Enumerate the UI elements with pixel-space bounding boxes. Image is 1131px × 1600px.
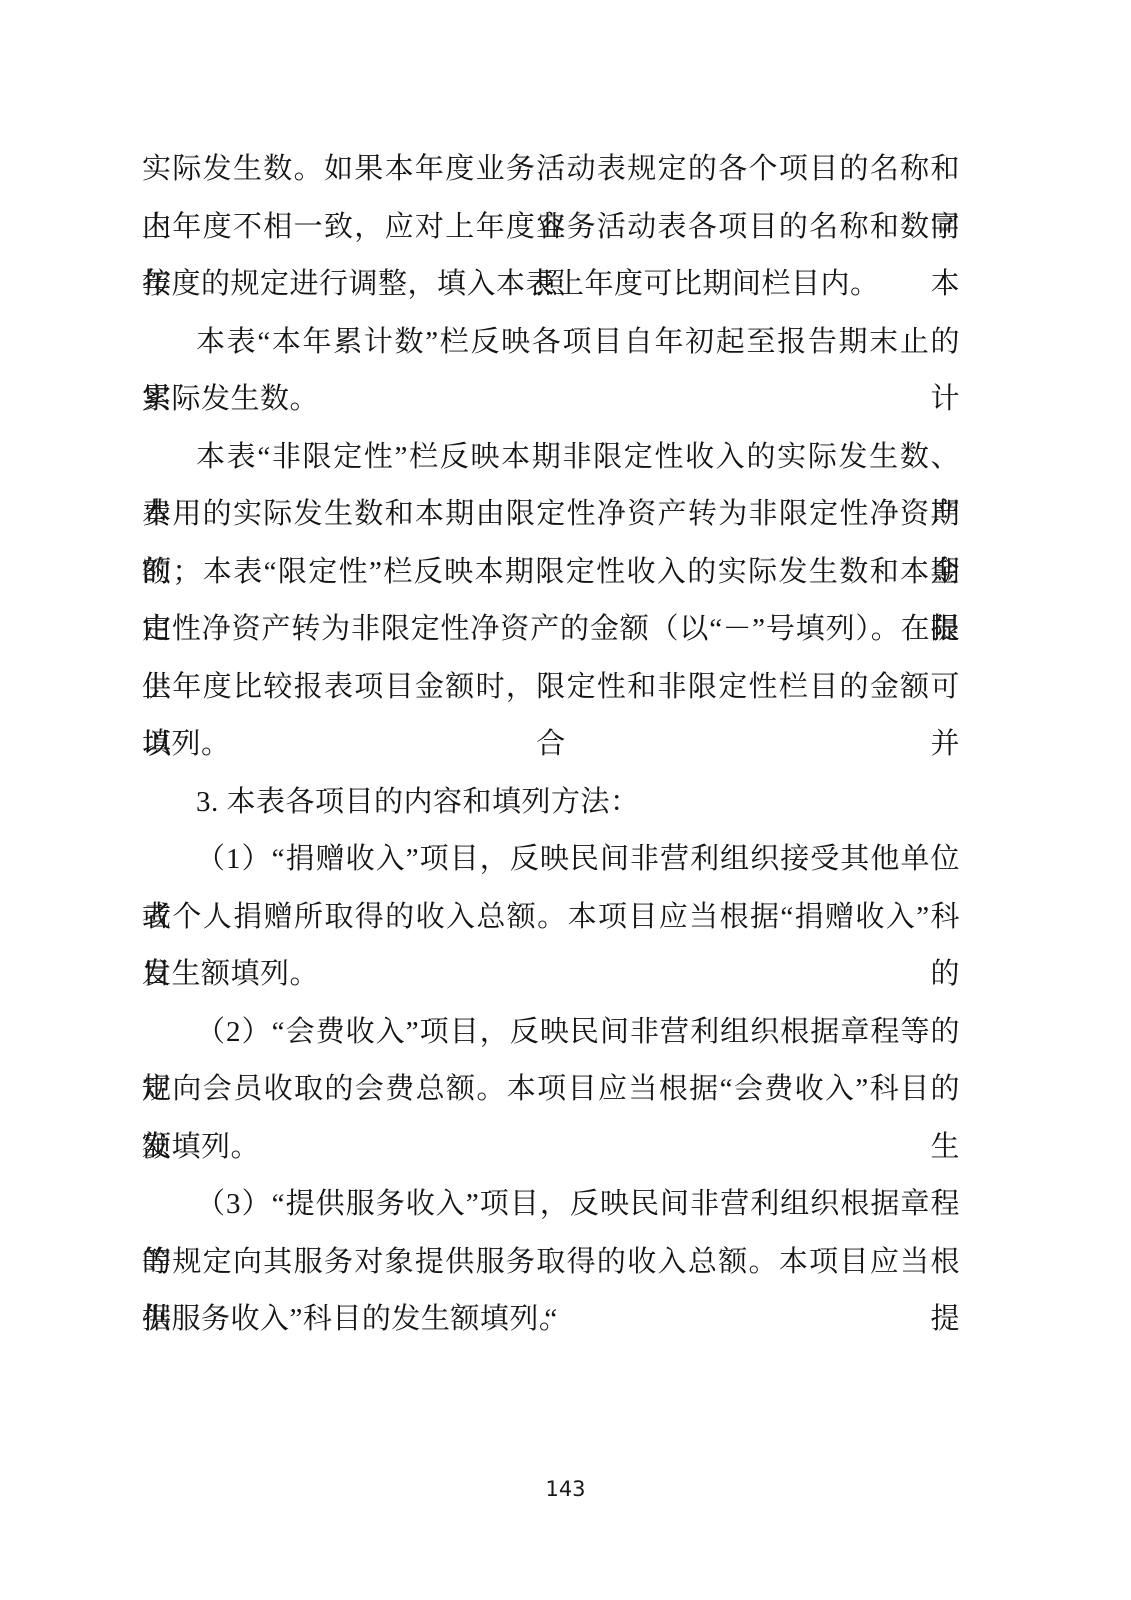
text-line: 年度的规定进行调整，填入本表上年度可比期间栏目内。 xyxy=(142,256,960,314)
text-line: 3. 本表各项目的内容和填列方法： xyxy=(142,774,960,832)
document-page: 实际发生数。如果本年度业务活动表规定的各个项目的名称和内容同 上年度不相一致，应… xyxy=(0,0,1131,1600)
text-line: 本表“非限定性”栏反映本期非限定性收入的实际发生数、本期 xyxy=(142,429,960,487)
text-line: 者个人捐赠所取得的收入总额。本项目应当根据“捐赠收入”科目的 xyxy=(142,889,960,947)
text-line: 定性净资产转为非限定性净资产的金额（以“－”号填列）。在提供 xyxy=(142,601,960,659)
text-line: 的规定向其服务对象提供服务取得的收入总额。本项目应当根据“提 xyxy=(142,1234,960,1292)
body-text: 实际发生数。如果本年度业务活动表规定的各个项目的名称和内容同 上年度不相一致，应… xyxy=(142,141,960,1349)
text-line: 定向会员收取的会费总额。本项目应当根据“会费收入”科目的发生 xyxy=(142,1061,960,1119)
text-line: 上年度比较报表项目金额时，限定性和非限定性栏目的金额可以合并 xyxy=(142,659,960,717)
text-line: 实际发生数。如果本年度业务活动表规定的各个项目的名称和内容同 xyxy=(142,141,960,199)
text-line: 上年度不相一致，应对上年度业务活动表各项目的名称和数字按照本 xyxy=(142,199,960,257)
text-line: 费用的实际发生数和本期由限定性净资产转为非限定性净资产的金 xyxy=(142,486,960,544)
page-number: 143 xyxy=(0,1477,1131,1501)
text-line: （1）“捐赠收入”项目，反映民间非营利组织接受其他单位或 xyxy=(142,831,960,889)
text-line: 额；本表“限定性”栏反映本期限定性收入的实际发生数和本期由限 xyxy=(142,544,960,602)
text-line: 本表“本年累计数”栏反映各项目自年初起至报告期末止的累计 xyxy=(142,314,960,372)
text-line: （3）“提供服务收入”项目，反映民间非营利组织根据章程等 xyxy=(142,1176,960,1234)
text-line: （2）“会费收入”项目，反映民间非营利组织根据章程等的规 xyxy=(142,1004,960,1062)
